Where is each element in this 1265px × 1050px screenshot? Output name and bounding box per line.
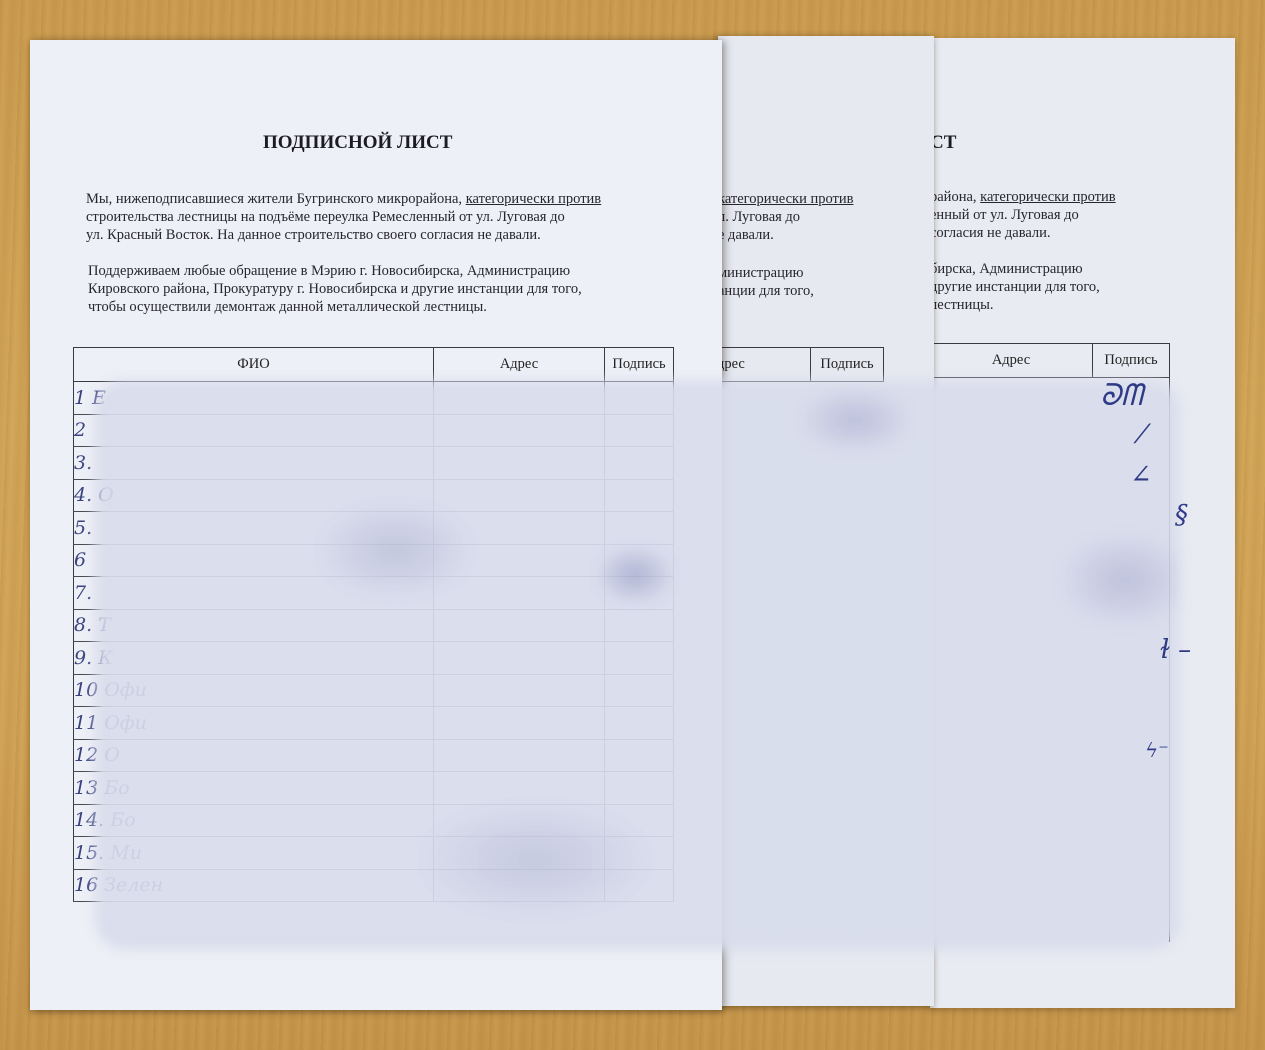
sheet-title: ПОДПИСНОЙ ЛИСТ bbox=[263, 132, 452, 154]
header-signature: Подпись bbox=[811, 348, 884, 382]
paragraph-2-fragment: бирска, Администрацию другие инстанции д… bbox=[930, 260, 1100, 314]
privacy-blur bbox=[95, 380, 1180, 950]
paragraph-1-fragment: категорически против л. Луговая до е дав… bbox=[718, 190, 853, 244]
emphasis-text: категорически против bbox=[466, 191, 601, 207]
header-address: Адрес bbox=[434, 348, 605, 382]
header-address: Адрес bbox=[930, 344, 1093, 378]
paragraph-2: Поддерживаем любые обращение в Мэрию г. … bbox=[88, 262, 582, 316]
paragraph-1-fragment: района, категорически против енный от ул… bbox=[930, 188, 1116, 242]
paragraph-2-fragment: министрацию анции для того, bbox=[718, 264, 814, 300]
header-signature: Подпись bbox=[1093, 344, 1170, 378]
header-signature: Подпись bbox=[605, 348, 674, 382]
signature-scribble: ɫ – bbox=[1160, 635, 1191, 665]
signature-table-middle: дрес Подпись bbox=[718, 347, 884, 382]
header-fio: ФИО bbox=[74, 348, 434, 382]
signature-scribble: ⁄ bbox=[1140, 420, 1144, 450]
signature-table-back: Адрес Подпись bbox=[930, 343, 1170, 378]
signature-scribble: § bbox=[1175, 500, 1188, 530]
signature-scribble: ᘐᗰ bbox=[1100, 378, 1143, 413]
signature-scribble: ∠ bbox=[1130, 460, 1152, 490]
signature-scribble: ϟ⁻ bbox=[1145, 738, 1169, 762]
paragraph-1: Мы, нижеподписавшиеся жители Бугринского… bbox=[86, 190, 601, 244]
header-address: дрес bbox=[718, 348, 811, 382]
